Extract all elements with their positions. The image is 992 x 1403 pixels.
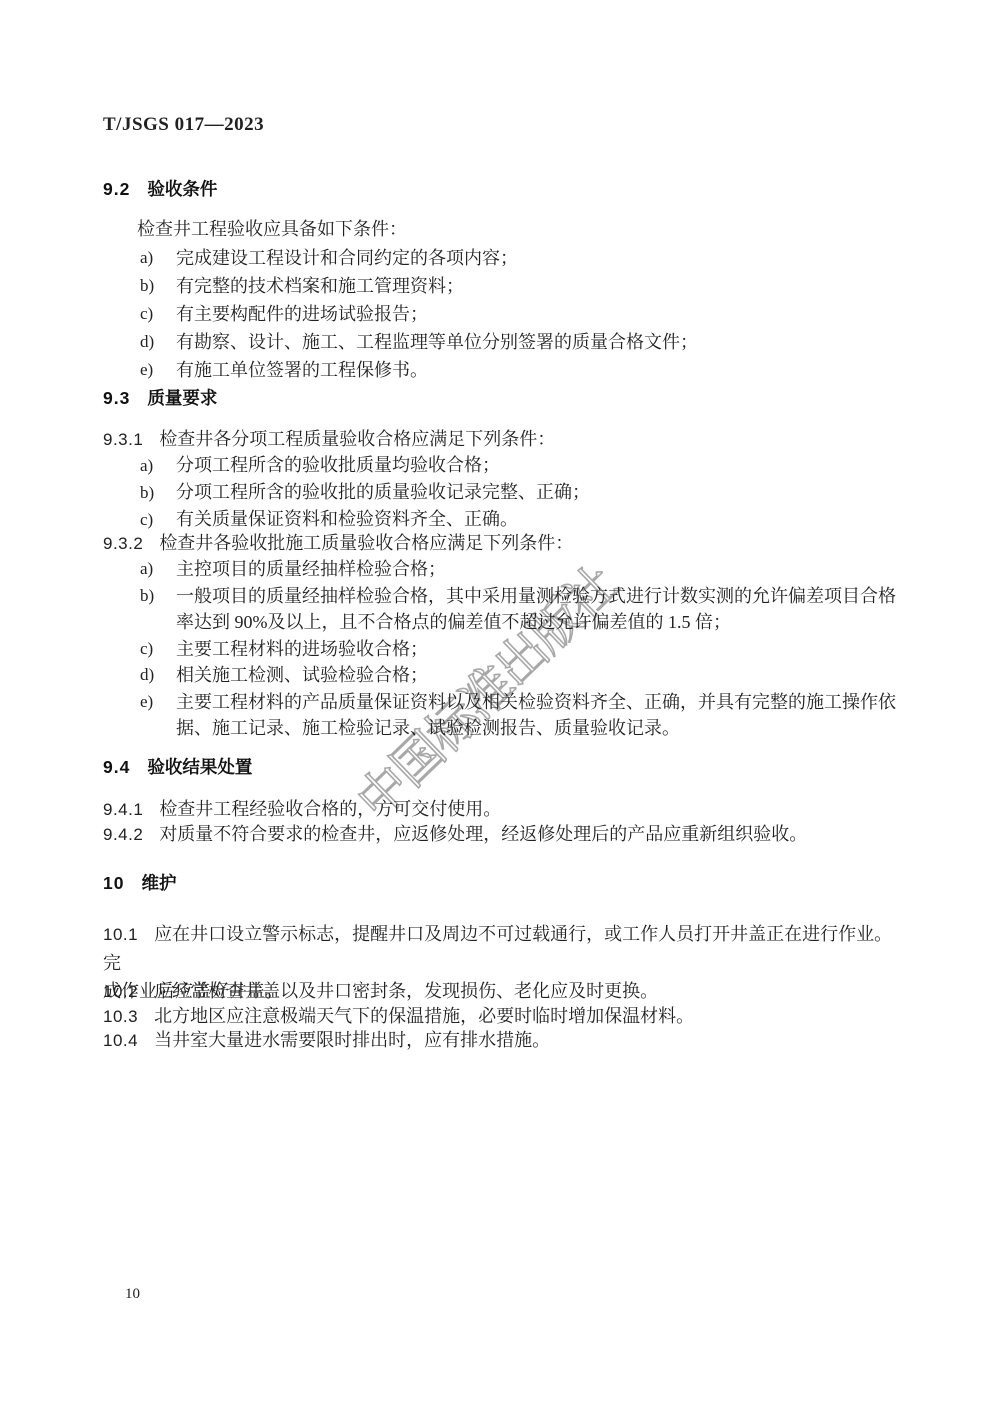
section-title: 验收条件 xyxy=(147,179,217,199)
list-item-label: a) xyxy=(140,244,153,272)
list-item-text: 分项工程所含的验收批的质量验收记录完整、正确； xyxy=(176,482,590,502)
list-item-text-line: 主要工程材料的产品质量保证资料以及相关检验资料齐全、正确，并具有完整的施工操作依 xyxy=(176,689,896,716)
clause-text: 应经常检查井盖以及井口密封条，发现损伤、老化应及时更换。 xyxy=(154,981,658,1001)
list-item-label: e) xyxy=(140,689,153,716)
clause-number: 10.2 xyxy=(103,982,138,1001)
list-9-2: a)完成建设工程设计和合同约定的各项内容； b)有完整的技术档案和施工管理资料；… xyxy=(103,244,896,384)
section-heading-10: 10维护 xyxy=(103,870,896,895)
section-title: 维护 xyxy=(141,873,176,893)
list-item-label: a) xyxy=(140,452,153,479)
list-item-label: a) xyxy=(140,556,153,583)
list-item: c)有主要构配件的进场试验报告； xyxy=(103,300,896,328)
list-item: b)分项工程所含的验收批的质量验收记录完整、正确； xyxy=(103,479,896,506)
list-item: a)分项工程所含的验收批质量均验收合格； xyxy=(103,452,896,479)
clause-text: 北方地区应注意极端天气下的保温措施，必要时临时增加保温材料。 xyxy=(154,1006,694,1026)
list-item-label: b) xyxy=(140,479,154,506)
list-item-text-line: 一般项目的质量经抽样检验合格，其中采用量测检验方式进行计数实测的允许偏差项目合格 xyxy=(176,583,896,610)
list-item: d)有勘察、设计、施工、工程监理等单位分别签署的质量合格文件； xyxy=(103,328,896,356)
section-heading-9-3: 9.3质量要求 xyxy=(103,385,896,410)
list-item-text: 有主要构配件的进场试验报告； xyxy=(176,304,428,324)
list-item-text: 主要工程材料的进场验收合格； xyxy=(176,639,428,659)
list-item-text: 有完整的技术档案和施工管理资料； xyxy=(176,276,464,296)
list-9-3-2: a)主控项目的质量经抽样检验合格； b)一般项目的质量经抽样检验合格，其中采用量… xyxy=(103,556,896,742)
list-item-label: c) xyxy=(140,636,153,663)
list-item-text: 有关质量保证资料和检验资料齐全、正确。 xyxy=(176,509,518,529)
section-title: 质量要求 xyxy=(147,388,217,408)
section-number: 9.4 xyxy=(103,757,130,777)
list-item-label: d) xyxy=(140,662,154,689)
section-heading-9-2: 9.2验收条件 xyxy=(103,176,896,201)
list-item-label: d) xyxy=(140,328,154,356)
clause-text: 检查井各分项工程质量验收合格应满足下列条件： xyxy=(159,429,555,449)
list-item: b)有完整的技术档案和施工管理资料； xyxy=(103,272,896,300)
list-item: a)完成建设工程设计和合同约定的各项内容； xyxy=(103,244,896,272)
clause-number: 10.1 xyxy=(103,925,138,944)
list-item: c)主要工程材料的进场验收合格； xyxy=(103,636,896,663)
list-9-3-1: a)分项工程所含的验收批质量均验收合格； b)分项工程所含的验收批的质量验收记录… xyxy=(103,452,896,533)
section-number: 10 xyxy=(103,873,124,893)
clause-number: 9.4.1 xyxy=(103,800,143,819)
clause-text: 应在井口设立警示标志，提醒井口及周边不可过载通行，或工作人员打开井盖正在进行作业… xyxy=(103,924,892,973)
paragraph-9-2-intro: 检查井工程验收应具备如下条件： xyxy=(103,215,930,243)
standard-number: T/JSGS 017—2023 xyxy=(103,114,896,136)
clause-text: 检查井各验收批施工质量验收合格应满足下列条件： xyxy=(159,533,573,553)
clause-9-3-2: 9.3.2检查井各验收批施工质量验收合格应满足下列条件： xyxy=(103,529,896,558)
list-item-label: c) xyxy=(140,300,153,328)
list-item-text: 分项工程所含的验收批质量均验收合格； xyxy=(176,455,500,475)
section-heading-9-4: 9.4验收结果处置 xyxy=(103,754,896,779)
page-content: T/JSGS 017—2023 9.2验收条件 检查井工程验收应具备如下条件： … xyxy=(103,0,896,1403)
section-number: 9.2 xyxy=(103,179,130,199)
document-page: 中国标准出版社 T/JSGS 017—2023 9.2验收条件 检查井工程验收应… xyxy=(0,0,992,1403)
clause-10-4: 10.4当井室大量进水需要限时排出时，应有排水措施。 xyxy=(103,1026,896,1055)
section-number: 9.3 xyxy=(103,388,130,408)
clause-number: 9.3.1 xyxy=(103,430,143,449)
list-item: d)相关施工检测、试验检验合格； xyxy=(103,662,896,689)
list-item: a)主控项目的质量经抽样检验合格； xyxy=(103,556,896,583)
list-item-text: 有施工单位签署的工程保修书。 xyxy=(176,360,428,380)
clause-text: 当井室大量进水需要限时排出时，应有排水措施。 xyxy=(154,1030,550,1050)
clause-9-4-2: 9.4.2对质量不符合要求的检查井，应返修处理，经返修处理后的产品应重新组织验收… xyxy=(103,820,896,849)
list-item-text: 相关施工检测、试验检验合格； xyxy=(176,665,428,685)
clause-text: 对质量不符合要求的检查井，应返修处理，经返修处理后的产品应重新组织验收。 xyxy=(159,824,807,844)
list-item-label: b) xyxy=(140,272,154,300)
clause-9-3-1: 9.3.1检查井各分项工程质量验收合格应满足下列条件： xyxy=(103,425,896,454)
list-item: e)主要工程材料的产品质量保证资料以及相关检验资料齐全、正确，并具有完整的施工操… xyxy=(103,689,896,742)
list-item-text: 完成建设工程设计和合同约定的各项内容； xyxy=(176,248,518,268)
clause-number: 9.3.2 xyxy=(103,534,143,553)
list-item: b)一般项目的质量经抽样检验合格，其中采用量测检验方式进行计数实测的允许偏差项目… xyxy=(103,583,896,636)
clause-number: 9.4.2 xyxy=(103,825,143,844)
list-item: e)有施工单位签署的工程保修书。 xyxy=(103,356,896,384)
section-title: 验收结果处置 xyxy=(147,757,252,777)
list-item-label: b) xyxy=(140,583,154,610)
list-item-text: 有勘察、设计、施工、工程监理等单位分别签署的质量合格文件； xyxy=(176,332,698,352)
list-item-text-line: 率达到 90%及以上，且不合格点的偏差值不超过允许偏差值的 1.5 倍； xyxy=(176,609,896,636)
list-item-label: e) xyxy=(140,356,153,384)
clause-number: 10.3 xyxy=(103,1007,138,1026)
clause-number: 10.4 xyxy=(103,1031,138,1050)
clause-line: 10.1应在井口设立警示标志，提醒井口及周边不可过载通行，或工作人员打开井盖正在… xyxy=(103,920,896,977)
clause-text: 检查井工程经验收合格的，方可交付使用。 xyxy=(159,799,501,819)
page-number: 10 xyxy=(125,1286,140,1303)
list-item-text-line: 据、施工记录、施工检验记录、试验检测报告、质量验收记录。 xyxy=(176,715,896,742)
list-item-text: 主控项目的质量经抽样检验合格； xyxy=(176,559,446,579)
